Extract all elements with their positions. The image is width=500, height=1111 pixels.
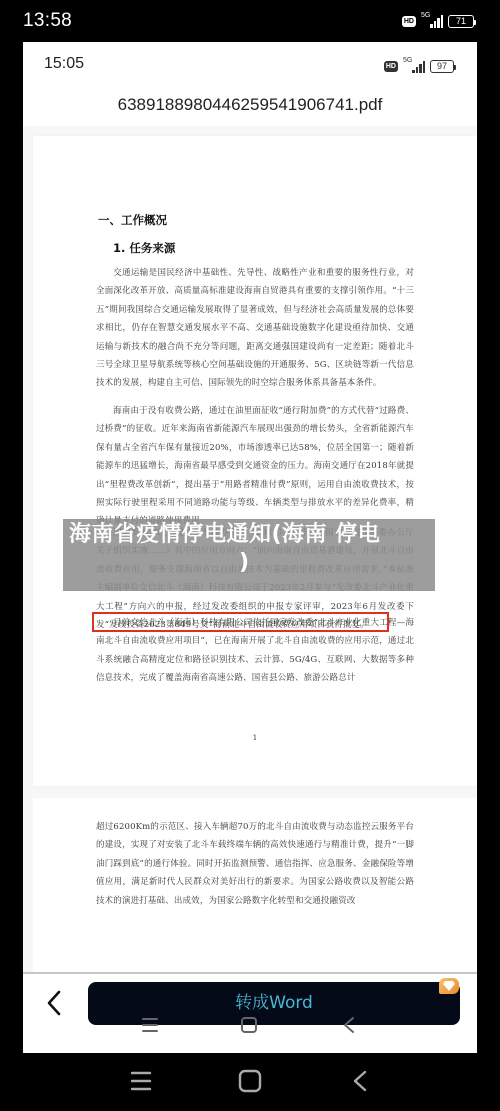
outer-nav-bar	[0, 1053, 500, 1111]
diamond-icon	[443, 981, 455, 991]
menu-icon[interactable]	[140, 1015, 160, 1039]
menu-icon[interactable]	[129, 1070, 153, 1096]
overlay-title: 海南省疫情停电通知(海南 停电 )	[69, 521, 431, 577]
home-icon[interactable]	[239, 1015, 259, 1039]
page-number: 1	[33, 734, 477, 742]
battery-icon: 71	[448, 15, 474, 28]
outer-status-time: 13:58	[23, 10, 72, 32]
battery-icon: 97	[430, 60, 454, 73]
overlay-title-banner: 海南省疫情停电通知(海南 停电 )	[63, 519, 435, 591]
subsection-heading: 1. 任务来源	[113, 240, 175, 256]
pdf-page-1: 一、工作概况 1. 任务来源 交通运输是国民经济中基础性、先导性、战略性产业和重…	[33, 136, 477, 786]
title-bar: 638918898044625954190674​1.pdf	[23, 84, 477, 126]
vip-diamond-badge	[439, 978, 459, 994]
network-type: 5G	[421, 12, 430, 19]
outer-status-bar: 13:58 HD 5G 71	[0, 0, 500, 42]
network-type: 5G	[403, 57, 412, 64]
inner-status-time: 15:05	[44, 55, 84, 73]
back-nav-icon[interactable]	[349, 1069, 371, 1097]
hd-icon: HD	[384, 61, 398, 72]
file-name-title: 638918898044625954190674​1.pdf	[118, 95, 383, 114]
paragraph: 超过6200Km的示范区、接入车辆超70万的北斗自由流收费与动态监控云服务平台的…	[96, 818, 414, 910]
home-icon[interactable]	[237, 1069, 263, 1097]
section-heading: 一、工作概况	[98, 212, 167, 228]
paragraph: 交通运输是国民经济中基础性、先导性、战略性产业和重要的服务性行业，对全面深化改革…	[96, 264, 414, 393]
inner-status-icons: HD 5G 97	[384, 59, 454, 73]
pdf-page-2: 超过6200Km的示范区、接入车辆超70万的北斗自由流收费与动态监控云服务平台的…	[33, 798, 477, 978]
signal-icon: 5G	[403, 59, 425, 73]
inner-nav-bar	[23, 1007, 477, 1053]
outer-status-icons: HD 5G 71	[402, 14, 474, 28]
hd-icon: HD	[402, 16, 416, 27]
signal-icon: 5G	[421, 14, 443, 28]
back-nav-icon[interactable]	[339, 1015, 359, 1039]
red-highlight-box	[92, 612, 389, 632]
inner-status-bar: 15:05 HD 5G 97	[23, 42, 477, 84]
paragraph: 海南由于没有收费公路，通过在油里面征收“通行附加费”的方式代替“过路费、过桥费”…	[96, 402, 414, 531]
